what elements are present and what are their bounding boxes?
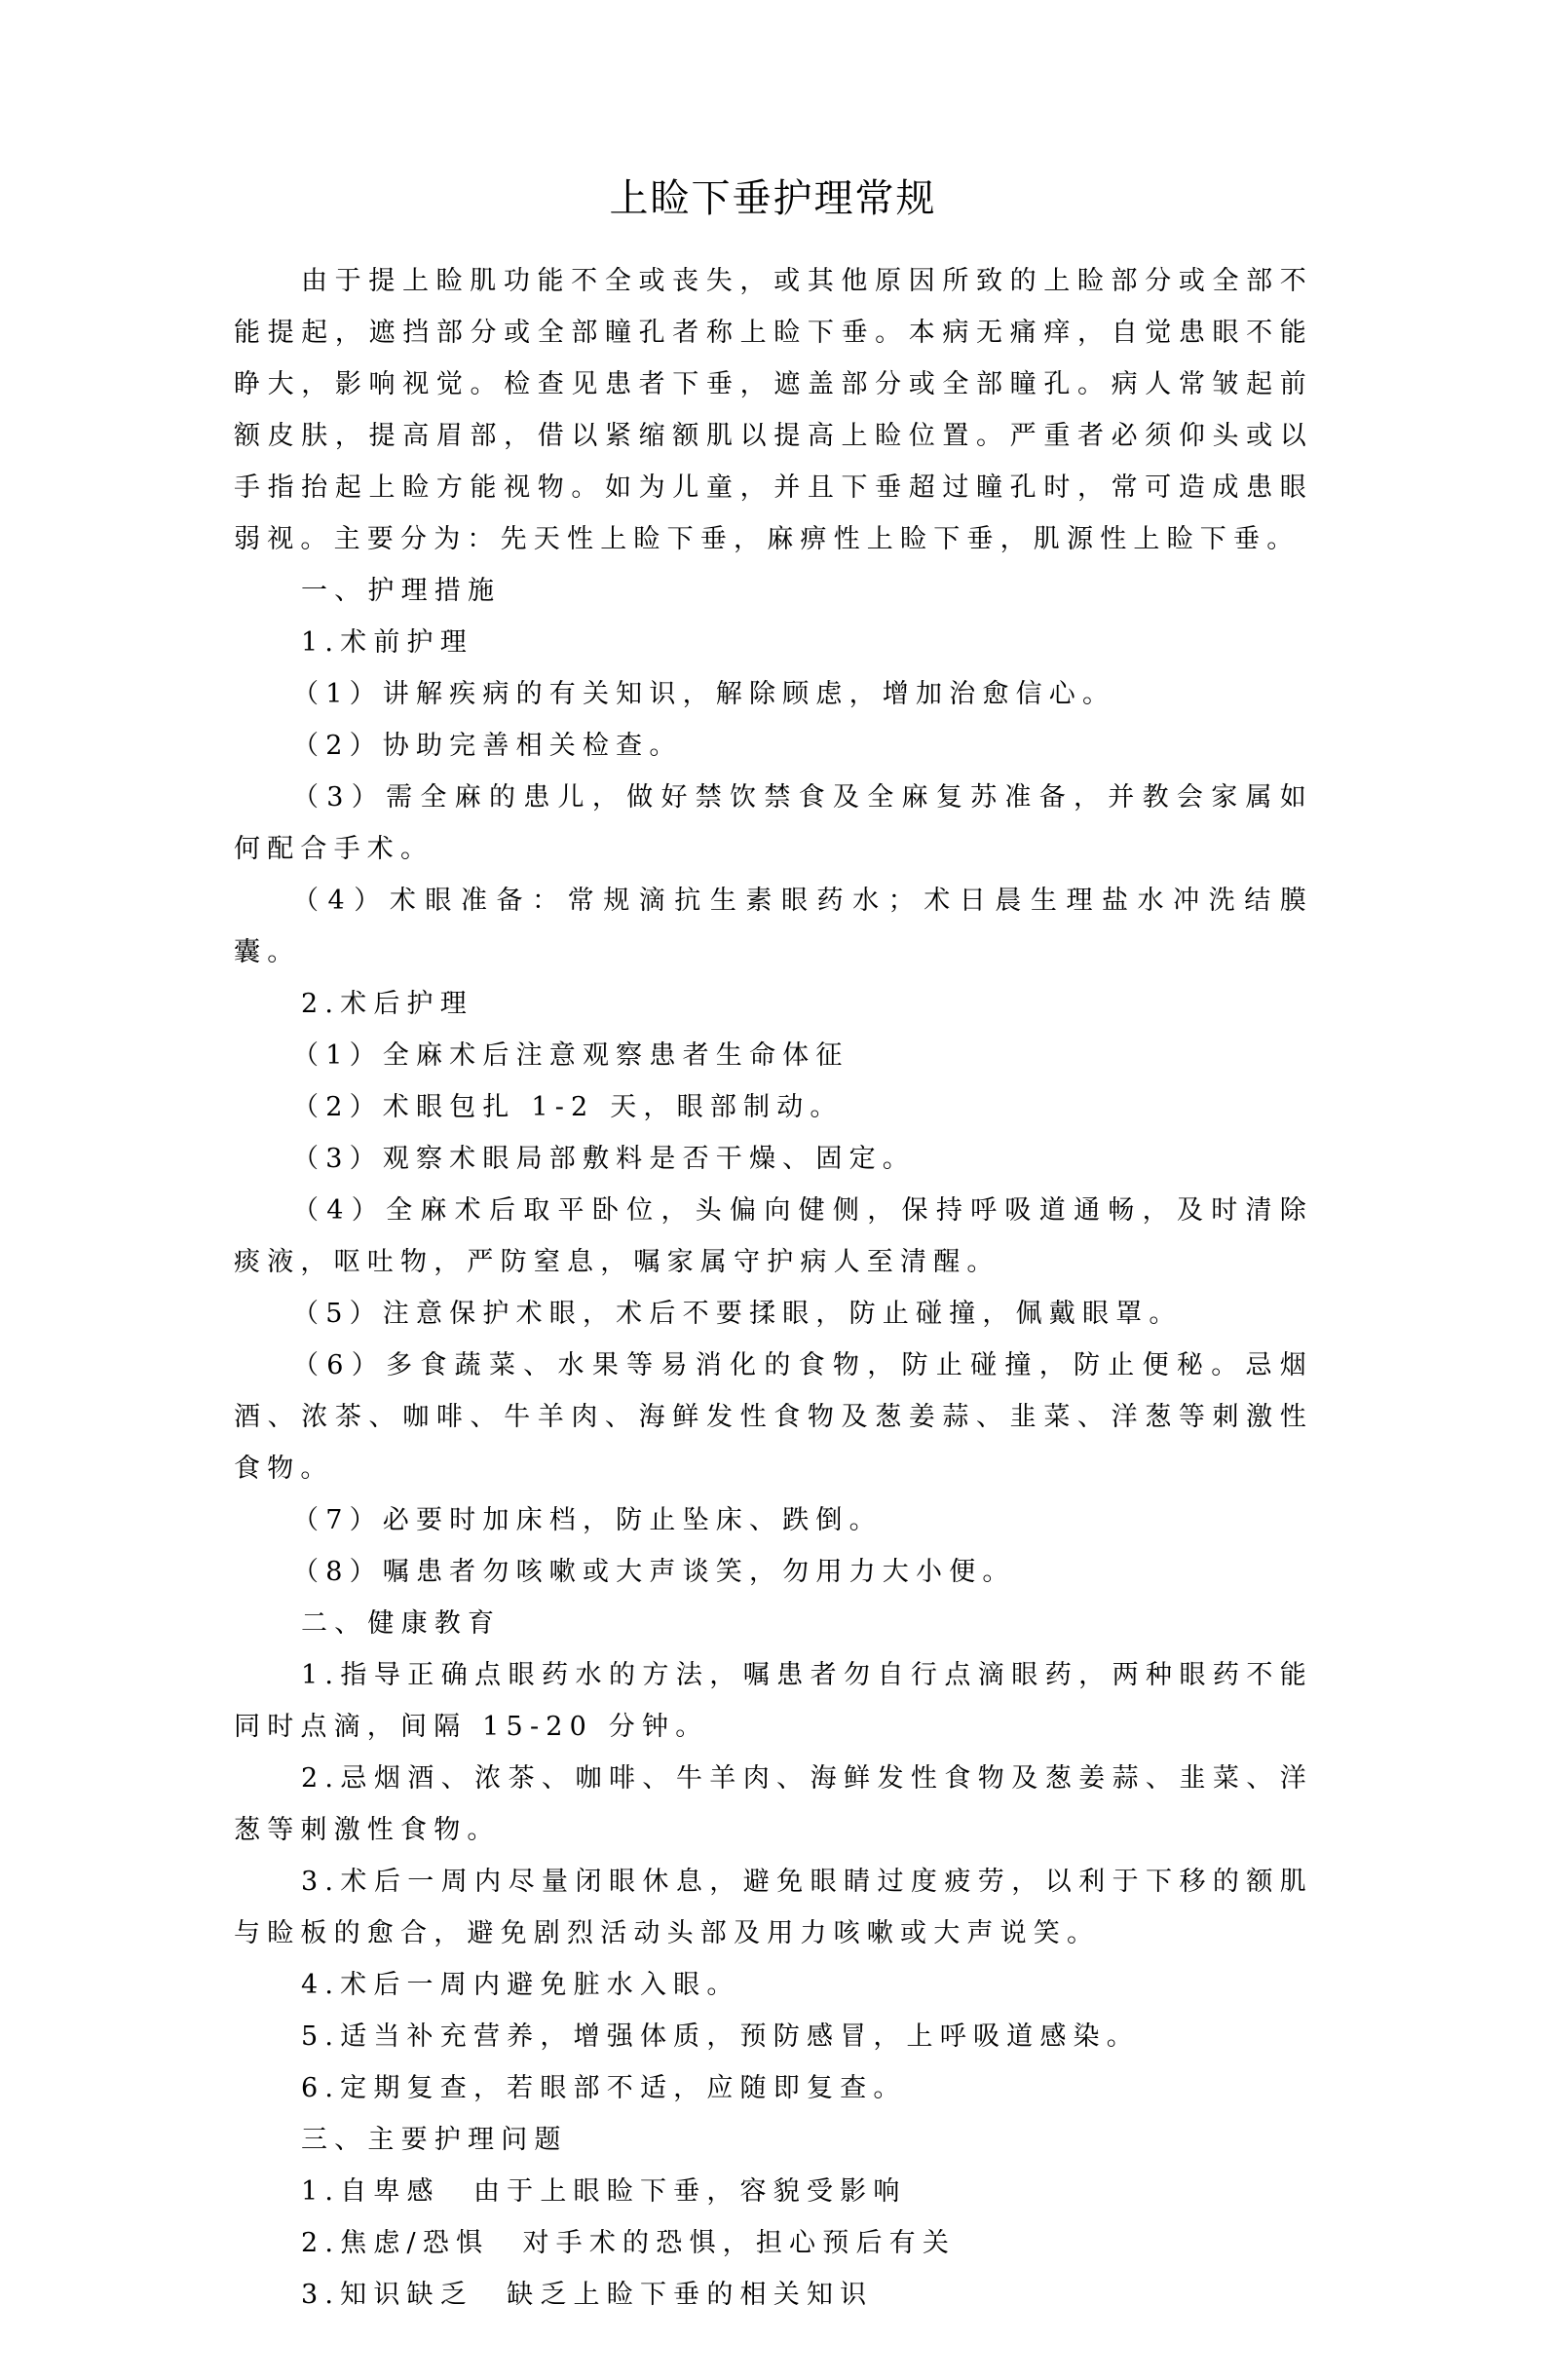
- section-heading-health-education: 二、健康教育: [234, 1598, 1313, 1649]
- intro-paragraph: 由于提上睑肌功能不全或丧失，或其他原因所致的上睑部分或全部不能提起，遮挡部分或全…: [234, 255, 1313, 565]
- nursing-problem-item: 2.焦虑/恐惧 对手术的恐惧，担心预后有关: [234, 2217, 1313, 2269]
- health-education-item: 3.术后一周内尽量闭眼休息，避免眼睛过度疲劳，以利于下移的额肌与睑板的愈合，避免…: [234, 1856, 1313, 1959]
- post-op-item: （7）必要时加床档，防止坠床、跌倒。: [234, 1494, 1313, 1546]
- nursing-problem-item: 3.知识缺乏 缺乏上睑下垂的相关知识: [234, 2269, 1313, 2321]
- health-education-item: 2.忌烟酒、浓茶、咖啡、牛羊肉、海鲜发性食物及葱姜蒜、韭菜、洋葱等刺激性食物。: [234, 1753, 1313, 1856]
- subsection-heading-post-op: 2.术后护理: [234, 978, 1313, 1030]
- document-body: 由于提上睑肌功能不全或丧失，或其他原因所致的上睑部分或全部不能提起，遮挡部分或全…: [234, 255, 1313, 2321]
- post-op-item: （1）全麻术后注意观察患者生命体征: [234, 1030, 1313, 1081]
- post-op-item: （4）全麻术后取平卧位，头偏向健侧，保持呼吸道通畅，及时清除痰液，呕吐物，严防窒…: [234, 1185, 1313, 1288]
- document-page: 上睑下垂护理常规 由于提上睑肌功能不全或丧失，或其他原因所致的上睑部分或全部不能…: [0, 0, 1546, 2380]
- post-op-item: （6）多食蔬菜、水果等易消化的食物，防止碰撞，防止便秘。忌烟酒、浓茶、咖啡、牛羊…: [234, 1340, 1313, 1494]
- health-education-item: 6.定期复查，若眼部不适，应随即复查。: [234, 2062, 1313, 2114]
- post-op-item: （8）嘱患者勿咳嗽或大声谈笑，勿用力大小便。: [234, 1546, 1313, 1598]
- health-education-item: 1.指导正确点眼药水的方法，嘱患者勿自行点滴眼药，两种眼药不能同时点滴，间隔 1…: [234, 1649, 1313, 1753]
- pre-op-item: （2）协助完善相关检查。: [234, 720, 1313, 772]
- nursing-problem-item: 1.自卑感 由于上眼睑下垂，容貌受影响: [234, 2166, 1313, 2217]
- section-heading-nursing-problems: 三、主要护理问题: [234, 2114, 1313, 2166]
- pre-op-item: （4）术眼准备：常规滴抗生素眼药水；术日晨生理盐水冲洗结膜囊。: [234, 875, 1313, 978]
- health-education-item: 5.适当补充营养，增强体质，预防感冒，上呼吸道感染。: [234, 2011, 1313, 2062]
- document-title: 上睑下垂护理常规: [0, 172, 1546, 225]
- post-op-item: （3）观察术眼局部敷料是否干燥、固定。: [234, 1133, 1313, 1185]
- post-op-item: （5）注意保护术眼，术后不要揉眼，防止碰撞，佩戴眼罩。: [234, 1288, 1313, 1340]
- section-heading-nursing-measures: 一、护理措施: [234, 565, 1313, 617]
- pre-op-item: （1）讲解疾病的有关知识，解除顾虑，增加治愈信心。: [234, 668, 1313, 720]
- subsection-heading-pre-op: 1.术前护理: [234, 617, 1313, 668]
- pre-op-item: （3）需全麻的患儿，做好禁饮禁食及全麻复苏准备，并教会家属如何配合手术。: [234, 772, 1313, 875]
- post-op-item: （2）术眼包扎 1-2 天，眼部制动。: [234, 1081, 1313, 1133]
- health-education-item: 4.术后一周内避免脏水入眼。: [234, 1959, 1313, 2011]
